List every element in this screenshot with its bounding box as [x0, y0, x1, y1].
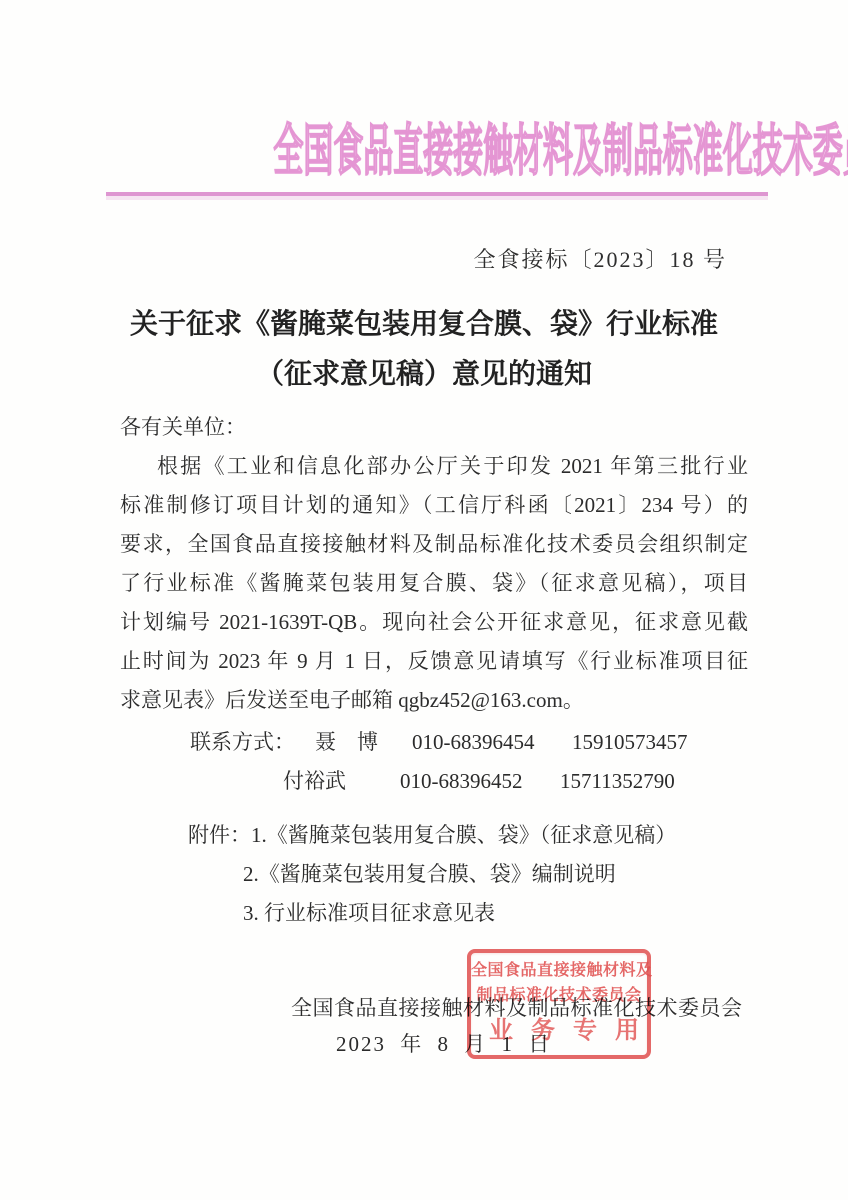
- contact-section: 联系方式： 聂 博 010-68396454 15910573457 付裕武 0…: [120, 723, 748, 801]
- body-line: 止时间为 2023 年 9 月 1 日，反馈意见请填写《行业标准项目征: [120, 642, 748, 681]
- body-line: 计划编号 2021-1639T-QB。现向社会公开征求意见，征求意见截: [120, 603, 748, 642]
- attachment-row: 附件： 1.《酱腌菜包装用复合膜、袋》（征求意见稿）: [188, 816, 748, 855]
- document-number: 全食接标〔2023〕18 号: [0, 243, 727, 274]
- body-line: 了行业标准《酱腌菜包装用复合膜、袋》（征求意见稿），项目: [120, 564, 748, 603]
- body-line: 标准制修订项目计划的通知》（工信厅科函〔2021〕234 号）的: [120, 486, 748, 525]
- contact-label: 联系方式：: [190, 723, 295, 762]
- letterhead-org-name: 全国食品直接接触材料及制品标准化技术委员会: [273, 120, 848, 184]
- body-line: 求意见表》后发送至电子邮箱 qgbz452@163.com。: [120, 681, 748, 720]
- document-title-line-1: 关于征求《酱腌菜包装用复合膜、袋》行业标准: [0, 300, 848, 350]
- stamp-text-line-3: 业务专用: [471, 1016, 647, 1046]
- contact-label-spacer: [190, 762, 283, 801]
- stamp-text-line-2: 制品标准化技术委员会: [471, 983, 647, 1008]
- attachment-row: 2.《酱腌菜包装用复合膜、袋》编制说明: [188, 855, 748, 894]
- document-title: 关于征求《酱腌菜包装用复合膜、袋》行业标准 （征求意见稿）意见的通知: [0, 300, 848, 400]
- attachment-row: 3. 行业标准项目征求意见表: [188, 894, 748, 933]
- contact-row: 付裕武 010-68396452 15711352790: [190, 762, 748, 801]
- contact-mobile: 15711352790: [560, 762, 748, 801]
- body-line: 根据《工业和信息化部办公厅关于印发 2021 年第三批行业: [120, 447, 748, 486]
- body-line: 要求，全国食品直接接触材料及制品标准化技术委员会组织制定: [120, 525, 748, 564]
- document-title-line-2: （征求意见稿）意见的通知: [0, 350, 848, 400]
- contact-row: 联系方式： 聂 博 010-68396454 15910573457: [190, 723, 748, 762]
- attachments-label: 附件：: [188, 816, 251, 855]
- letterhead-banner: 全国食品直接接触材料及制品标准化技术委员会: [0, 120, 848, 184]
- spacer: [188, 894, 243, 933]
- spacer: [188, 855, 243, 894]
- stamp-text-line-1: 全国食品直接接触材料及: [471, 958, 647, 983]
- letterhead-underline: [106, 192, 768, 196]
- official-notice-page: 全国食品直接接触材料及制品标准化技术委员会 全食接标〔2023〕18 号 关于征…: [0, 0, 848, 1200]
- attachment-item: 1.《酱腌菜包装用复合膜、袋》（征求意见稿）: [251, 816, 748, 855]
- attachments-section: 附件： 1.《酱腌菜包装用复合膜、袋》（征求意见稿） 2.《酱腌菜包装用复合膜、…: [120, 816, 748, 933]
- contact-name: 付裕武: [283, 762, 400, 801]
- contact-phone: 010-68396452: [400, 762, 560, 801]
- contact-phone: 010-68396454: [412, 723, 572, 762]
- attachment-item: 3. 行业标准项目征求意见表: [243, 894, 748, 933]
- attachment-item: 2.《酱腌菜包装用复合膜、袋》编制说明: [243, 855, 748, 894]
- salutation: 各有关单位：: [120, 408, 748, 447]
- official-stamp: 全国食品直接接触材料及 制品标准化技术委员会 业务专用: [467, 949, 651, 1059]
- contact-name: 聂 博: [295, 723, 412, 762]
- contact-mobile: 15910573457: [572, 723, 748, 762]
- document-body: 各有关单位： 根据《工业和信息化部办公厅关于印发 2021 年第三批行业 标准制…: [120, 408, 748, 933]
